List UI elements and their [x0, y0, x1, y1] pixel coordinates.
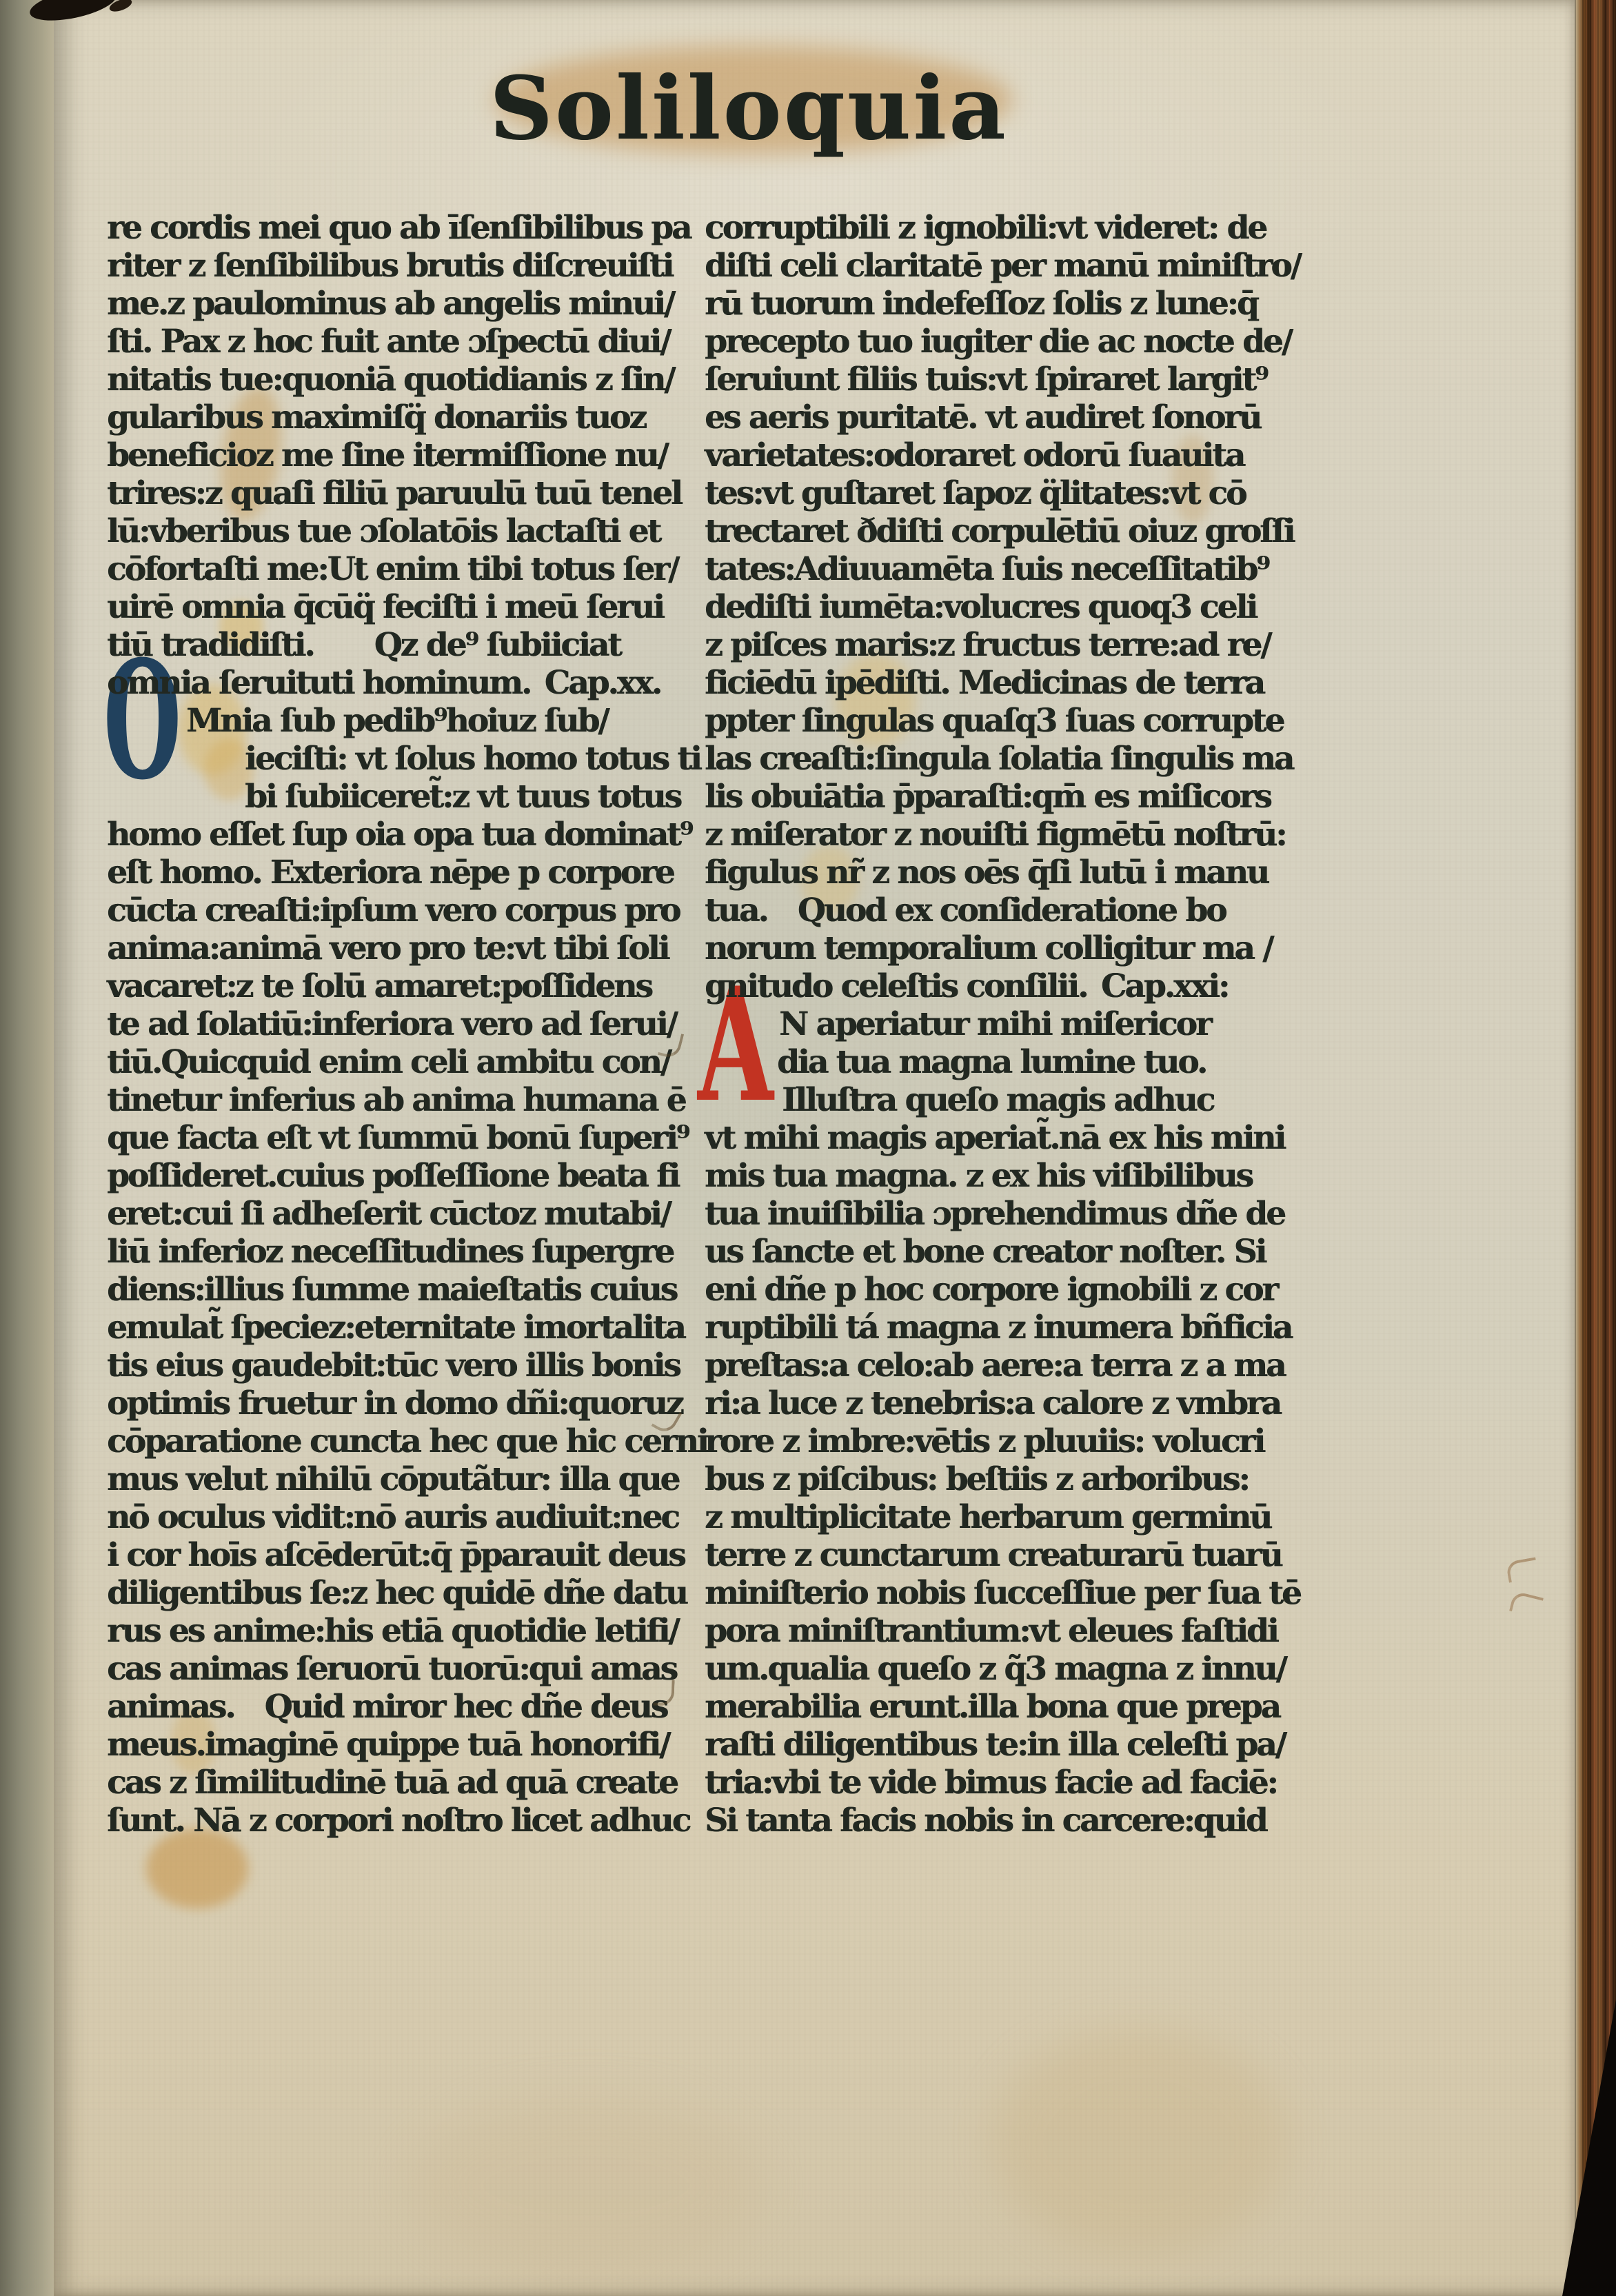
text-line: que facta eſt vt ſummū bonū ſuperi⁹: [107, 1119, 694, 1157]
right-text-column: corruptibili z ignobili:vt videret: dedi…: [705, 209, 1314, 1840]
text-line: trires:z quaſi filiū paruulū tuū tenel: [107, 474, 694, 512]
text-line: poſſideret.cuius poſſeſſione beata fi: [107, 1157, 694, 1195]
left-text-column: re cordis mei quo ab īſenſibilibus parit…: [107, 209, 694, 1840]
text-line: diſti celi claritatē per manū miniſtro/: [705, 247, 1314, 285]
text-line: diligentibus ſe:z hec quidē dñe datu: [107, 1574, 694, 1612]
text-line: omnia ſeruituti hominum. Cap.xx.: [107, 664, 694, 702]
text-line: cas animas ſeruorū tuorū:qui amas: [107, 1650, 694, 1688]
text-line: um.qualia queſo z q̃3 magna z innu/: [705, 1650, 1314, 1688]
text-line: diens:illius ſumme maieſtatis cuius: [107, 1271, 694, 1309]
text-line: dia tua magna lumine tuo.: [705, 1043, 1314, 1081]
text-line: ppter ſingulas quaſq3 ſuas corrupte: [705, 702, 1314, 740]
text-line: eſt homo. Exteriora nēpe p corpore: [107, 854, 694, 892]
text-line: ruptibili tá magna z inumera bñficia: [705, 1309, 1314, 1347]
text-line: z piſces maris:z fructus terre:ad re/: [705, 626, 1314, 664]
text-line: us ſancte et bone creator noſter. Si: [705, 1233, 1314, 1271]
text-line: Mnia ſub pedib⁹hoiuz ſub/: [107, 702, 694, 740]
text-line: rū tuorum indefeſſoz ſolis z lune:q̄: [705, 285, 1314, 323]
text-line: eni dñe p hoc corpore ignobili z cor: [705, 1271, 1314, 1309]
text-line: tes:vt guſtaret ſapoz q̈litates:vt cō: [705, 474, 1314, 512]
text-line: ieciſti: vt ſolus homo totus ti: [107, 740, 694, 778]
text-line: tinetur inferius ab anima humana ē: [107, 1081, 694, 1119]
text-line: lū:vberibus tue ɔſolatōis lactaſti et: [107, 512, 694, 550]
text-line: cōparatione cuncta hec que hic cerni: [107, 1422, 694, 1460]
text-line: raſti diligentibus te:in illa celeſti pa…: [705, 1726, 1314, 1764]
text-line: ſeruiunt filiis tuis:vt ſpiraret largit⁹: [705, 361, 1314, 399]
text-line: dediſti iumēta:volucres quoq3 celi: [705, 588, 1314, 626]
text-line: tiū.Quicquid enim celi ambitu con/: [107, 1043, 694, 1081]
text-line: ri:a luce z tenebris:a calore z vmbra: [705, 1384, 1314, 1422]
text-line: rus es anime:his etiā quotidie letifi/: [107, 1612, 694, 1650]
text-line: i cor hoīs aſcēderūt:q̄ p̄parauit deus: [107, 1536, 694, 1574]
text-line: N aperiatur mihi miſericor: [705, 1005, 1314, 1043]
text-line: las creaſti:ſingula ſolatia ſingulis ma: [705, 740, 1314, 778]
text-line: meus.imaginē quippe tuā honorifi/: [107, 1726, 694, 1764]
text-line: emulat̃ ſpeciez:eternitate imortalita: [107, 1309, 694, 1347]
text-line: anima:animā vero pro te:vt tibi ſoli: [107, 929, 694, 967]
text-line: z multiplicitate herbarum germinū: [705, 1498, 1314, 1536]
text-line: tiū tradidiſti. Qz de⁹ ſubiiciat: [107, 626, 694, 664]
text-line: pora miniſtrantium:vt eleues faſtidi: [705, 1612, 1314, 1650]
text-line: precepto tuo iugiter die ac nocte de/: [705, 323, 1314, 361]
text-line: beneficioz me ſine itermiſſione nu/: [107, 436, 694, 474]
book-gutter-margin: [0, 0, 59, 2296]
text-line: preſtas:a celo:ab aere:a terra z a ma: [705, 1347, 1314, 1384]
text-line: re cordis mei quo ab īſenſibilibus pa: [107, 209, 694, 247]
text-line: bi ſubiiceret̃:z vt tuus totus: [107, 778, 694, 816]
text-line: homo eſſet ſup oia opa tua dominat⁹: [107, 816, 694, 854]
text-line: varietates:odoraret odorū ſuauita: [705, 436, 1314, 474]
text-line: liū inferioz neceſſitudines ſupergre: [107, 1233, 694, 1271]
text-line: rore z imbre:vētis z pluuiis: volucri: [705, 1422, 1314, 1460]
page-title: Soliloquia: [0, 65, 1557, 152]
text-line: ſunt. Nā z corpori noſtro licet adhuc: [107, 1802, 694, 1840]
text-line: mus velut nihilū cōputãtur: illa que: [107, 1460, 694, 1498]
text-line: terre z cunctarum creaturarū tuarū: [705, 1536, 1314, 1574]
text-line: eret:cui ſi adheſerit cūctoz mutabi/: [107, 1195, 694, 1233]
text-line: riter z ſenſibilibus brutis diſcreuiſti: [107, 247, 694, 285]
text-line: corruptibili z ignobili:vt videret: de: [705, 209, 1314, 247]
text-line: norum temporalium colligitur ma /: [705, 929, 1314, 967]
text-line: me.z paulominus ab angelis minui/: [107, 285, 694, 323]
text-line: cūcta creaſti:ipſum vero corpus pro: [107, 892, 694, 929]
text-line: ficiēdū ipēdiſti. Medicinas de terra: [705, 664, 1314, 702]
text-line: vt mihi magis aperiat̃.nā ex his mini: [705, 1119, 1314, 1157]
text-line: nō oculus vidit:nō auris audiuit:nec: [107, 1498, 694, 1536]
text-line: miniſterio nobis ſucceſſiue per ſua tē: [705, 1574, 1314, 1612]
text-line: uirē omnia q̄cūq̈ feciſti i meū ſerui: [107, 588, 694, 626]
text-line: merabilia erunt.illa bona que prepa: [705, 1688, 1314, 1726]
book-fore-edge: [1575, 0, 1616, 2296]
incunable-book-photo: Soliloquia O A re cordis mei quo ab īſen…: [0, 0, 1616, 2296]
text-line: figulus nr̃ z nos oēs q̄ſi lutū i manu: [705, 854, 1314, 892]
text-line: mis tua magna. z ex his viſibilibus: [705, 1157, 1314, 1195]
text-line: nitatis tue:quoniā quotidianis z ſin/: [107, 361, 694, 399]
text-line: ſti. Pax z hoc fuit ante ɔſpectū diui/: [107, 323, 694, 361]
text-line: te ad ſolatiū:inferiora vero ad ſerui/: [107, 1005, 694, 1043]
text-line: bus z piſcibus: beſtiis z arboribus:: [705, 1460, 1314, 1498]
text-line: Illuſtra queſo magis adhuc: [705, 1081, 1314, 1119]
text-line: tria:vbi te vide bimus facie ad faciē:: [705, 1764, 1314, 1802]
text-line: gularibus maximiſq̈ donariis tuoz: [107, 399, 694, 436]
text-line: cōfortaſti me:Ut enim tibi totus ſer/: [107, 550, 694, 588]
text-line: tates:Adiuuamēta ſuis neceſſitatib⁹: [705, 550, 1314, 588]
text-line: es aeris puritatē. vt audiret ſonorū: [705, 399, 1314, 436]
text-line: animas. Quid miror hec dñe deus: [107, 1688, 694, 1726]
text-line: tua. Quod ex conſideratione bo: [705, 892, 1314, 929]
text-line: tis eius gaudebit:tūc vero illis bonis: [107, 1347, 694, 1384]
text-line: optimis fruetur in domo dñi:quoruz: [107, 1384, 694, 1422]
text-line: vacaret:z te ſolū amaret:poſſidens: [107, 967, 694, 1005]
text-line: Si tanta facis nobis in carcere:quid: [705, 1802, 1314, 1840]
text-line: gnitudo celeſtis conſilii. Cap.xxi:: [705, 967, 1314, 1005]
text-line: trectaret ðdiſti corpulētiū oiuz groſſi: [705, 512, 1314, 550]
text-line: tua inuiſibilia ɔprehendimus dñe de: [705, 1195, 1314, 1233]
text-line: lis obuiātia p̄paraſti:qm̄ es miſicors: [705, 778, 1314, 816]
text-line: z miſerator z nouiſti figmētū noſtrū:: [705, 816, 1314, 854]
text-line: cas z ſimilitudinē tuā ad quā create: [107, 1764, 694, 1802]
